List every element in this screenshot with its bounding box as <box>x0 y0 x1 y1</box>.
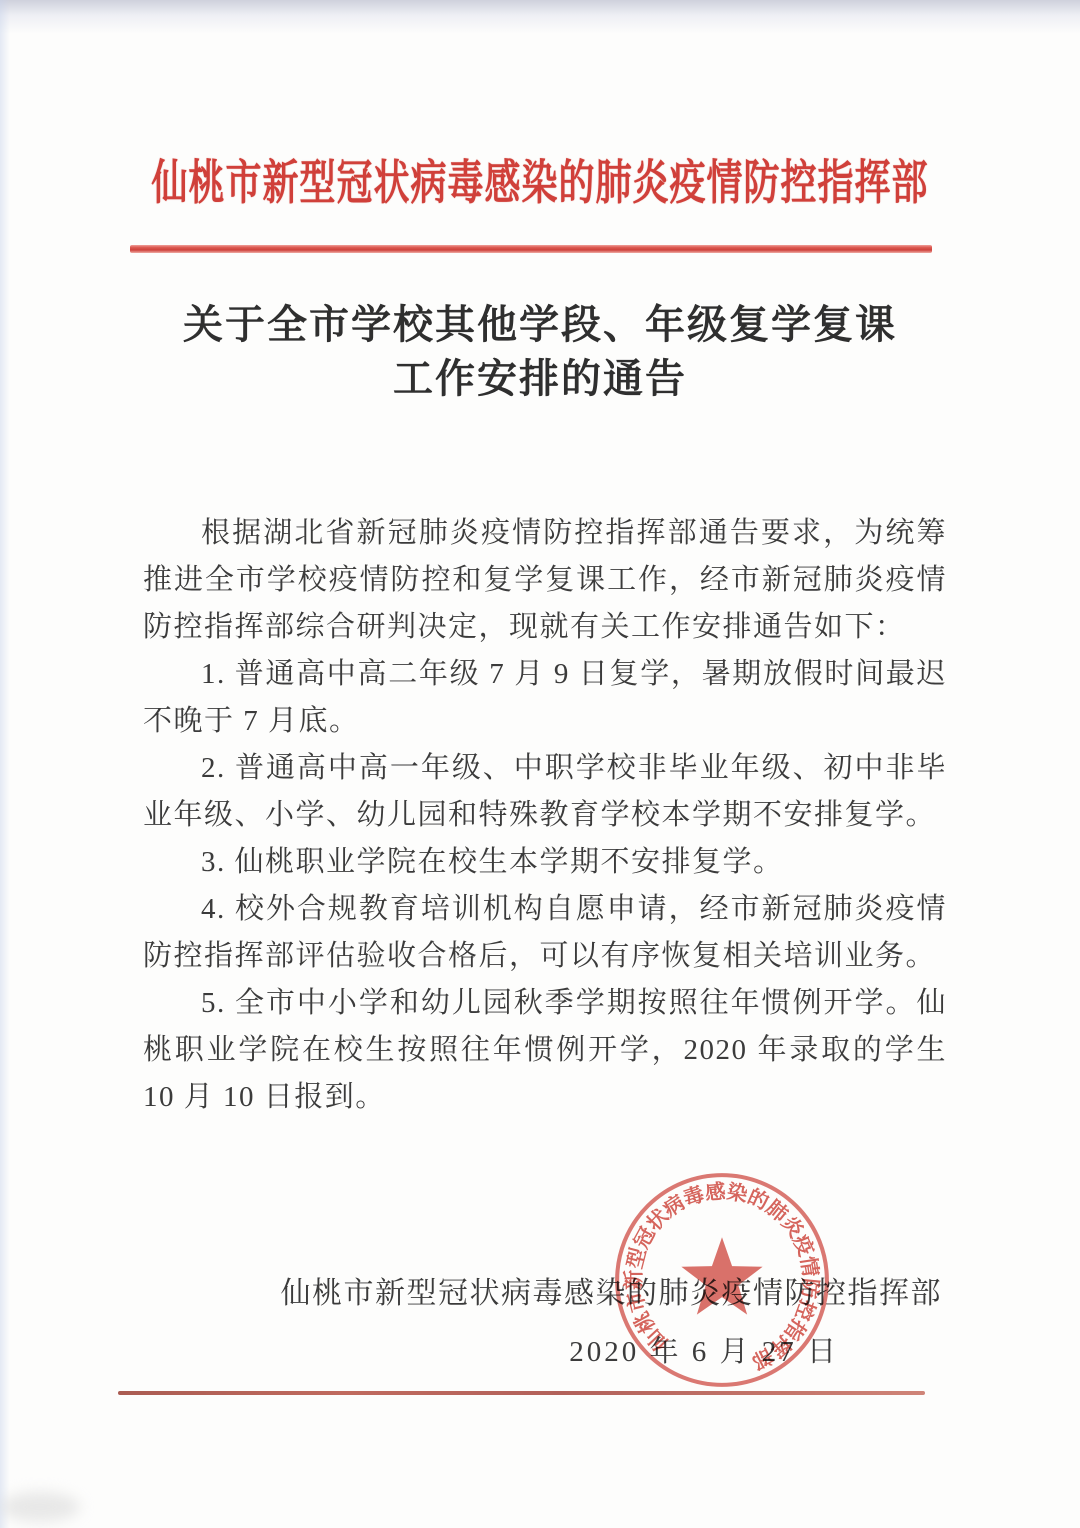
bottom-divider-line <box>118 1391 925 1395</box>
scan-artifact-top-shadow <box>0 0 1080 34</box>
issuing-authority-banner: 仙桃市新型冠状病毒感染的肺炎疫情防控指挥部 <box>0 146 1080 213</box>
notice-title: 关于全市学校其他学段、年级复学复课工作安排的通告 <box>0 298 1080 406</box>
scanned-document: 仙桃市新型冠状病毒感染的肺炎疫情防控指挥部 关于全市学校其他学段、年级复学复课工… <box>0 0 1080 1528</box>
paragraph-intro: 根据湖北省新冠肺炎疫情防控指挥部通告要求，为统筹推进全市学校疫情防控和复学复课工… <box>143 510 947 651</box>
official-seal: 仙桃市新型冠状病毒感染的肺炎疫情防控指挥部 <box>610 1168 834 1392</box>
notice-title-line1: 关于全市学校其他学段、年级复学复课 <box>183 302 897 347</box>
scan-artifact-smudge <box>0 1492 80 1522</box>
paragraph-item-4: 4. 校外合规教育培训机构自愿申请，经市新冠肺炎疫情防控指挥部评估验收合格后，可… <box>143 886 947 980</box>
notice-body: 根据湖北省新冠肺炎疫情防控指挥部通告要求，为统筹推进全市学校疫情防控和复学复课工… <box>143 510 947 1121</box>
notice-title-line2: 工作安排的通告 <box>393 356 687 401</box>
scan-artifact-left-edge <box>0 0 10 1528</box>
paragraph-item-1: 1. 普通高中高二年级 7 月 9 日复学，暑期放假时间最迟不晚于 7 月底。 <box>143 651 947 745</box>
paragraph-item-5: 5. 全市中小学和幼儿园秋季学期按照往年惯例开学。仙桃职业学院在校生按照往年惯例… <box>143 980 947 1121</box>
paragraph-item-3: 3. 仙桃职业学院在校生本学期不安排复学。 <box>143 839 947 886</box>
header-divider-line <box>130 245 932 253</box>
star-icon <box>681 1237 762 1314</box>
paragraph-item-2: 2. 普通高中高一年级、中职学校非毕业年级、初中非毕业年级、小学、幼儿园和特殊教… <box>143 745 947 839</box>
